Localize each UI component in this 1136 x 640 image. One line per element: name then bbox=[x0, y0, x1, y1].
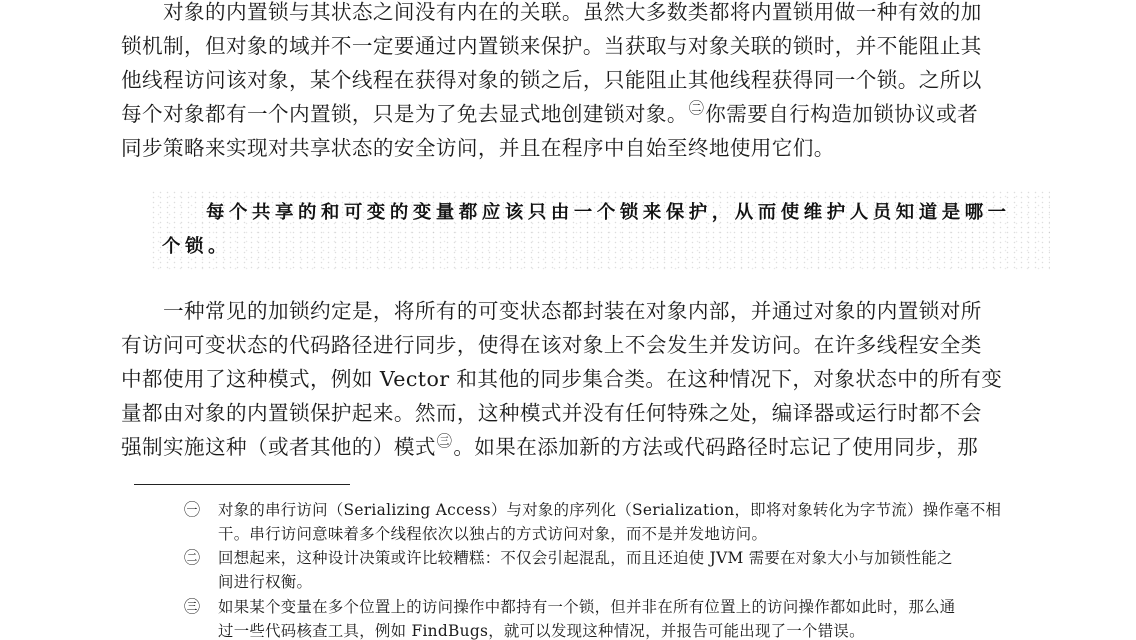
footnote-3-line-2: 过一些代码核查工具，例如 FindBugs，就可以发现这种情况，并报告可能出现了… bbox=[218, 622, 865, 640]
document-page: 对象的内置锁与其状态之间没有内在的关联。虽然大多数类都将内置锁用做一种有效的加 … bbox=[0, 0, 1136, 640]
paragraph-1-line-4-tail: 你需要自行构造加锁协议或者 bbox=[705, 102, 978, 126]
footnote-ref-2[interactable]: ㊁ bbox=[689, 99, 704, 117]
paragraph-1-line-3: 他线程访问该对象，某个线程在获得对象的锁之后，只能阻止其他线程获得同一个锁。之所… bbox=[121, 68, 982, 92]
paragraph-2-line-5-tail: 。如果在添加新的方法或代码路径时忘记了使用同步，那 bbox=[453, 435, 978, 459]
paragraph-2-line-3: 中都使用了这种模式，例如 Vector 和其他的同步集合类。在这种情况下，对象状… bbox=[121, 367, 1002, 391]
footnote-separator bbox=[134, 484, 350, 485]
footnote-3-line-1: 如果某个变量在多个位置上的访问操作中都持有一个锁，但并非在所有位置上的访问操作都… bbox=[218, 598, 955, 616]
paragraph-1-line-2: 锁机制，但对象的域并不一定要通过内置锁来保护。当获取与对象关联的锁时，并不能阻止… bbox=[121, 34, 982, 58]
paragraph-2-line-5-text: 强制实施这种（或者其他的）模式 bbox=[121, 435, 436, 459]
footnote-2-line-1: 回想起来，这种设计决策或许比较糟糕：不仅会引起混乱，而且还迫使 JVM 需要在对… bbox=[218, 549, 953, 567]
paragraph-2-line-5: 强制实施这种（或者其他的）模式㊂。如果在添加新的方法或代码路径时忘记了使用同步，… bbox=[121, 435, 978, 459]
paragraph-2-line-2: 有访问可变状态的代码路径进行同步，使得在该对象上不会发生并发访问。在许多线程安全… bbox=[121, 333, 982, 357]
principle-line-1: 每个共享的和可变的变量都应该只由一个锁来保护，从而使维护人员知道是哪一 bbox=[206, 201, 1011, 225]
paragraph-1-line-4: 每个对象都有一个内置锁，只是为了免去显式地创建锁对象。㊁你需要自行构造加锁协议或… bbox=[121, 102, 978, 126]
footnote-3-marker: ㊂ bbox=[184, 598, 200, 616]
paragraph-1-line-4-text: 每个对象都有一个内置锁，只是为了免去显式地创建锁对象。 bbox=[121, 102, 688, 126]
footnote-2-marker: ㊁ bbox=[184, 549, 200, 567]
paragraph-2-line-1: 一种常见的加锁约定是，将所有的可变状态都封装在对象内部，并通过对象的内置锁对所 bbox=[163, 299, 982, 323]
footnote-1-marker: ㊀ bbox=[184, 501, 200, 519]
footnote-ref-3[interactable]: ㊂ bbox=[437, 432, 452, 450]
paragraph-1-line-1: 对象的内置锁与其状态之间没有内在的关联。虽然大多数类都将内置锁用做一种有效的加 bbox=[163, 0, 982, 24]
footnote-1-line-2: 干。串行访问意味着多个线程依次以独占的方式访问对象，而不是并发地访问。 bbox=[218, 525, 767, 543]
footnote-1-line-1: 对象的串行访问（Serializing Access）与对象的序列化（Seria… bbox=[218, 501, 1001, 519]
paragraph-1-line-5: 同步策略来实现对共享状态的安全访问，并且在程序中自始至终地使用它们。 bbox=[121, 136, 835, 160]
footnote-2-line-2: 间进行权衡。 bbox=[218, 573, 312, 591]
principle-line-2: 个锁。 bbox=[162, 235, 231, 259]
paragraph-2-line-4: 量都由对象的内置锁保护起来。然而，这种模式并没有任何特殊之处，编译器或运行时都不… bbox=[121, 401, 982, 425]
